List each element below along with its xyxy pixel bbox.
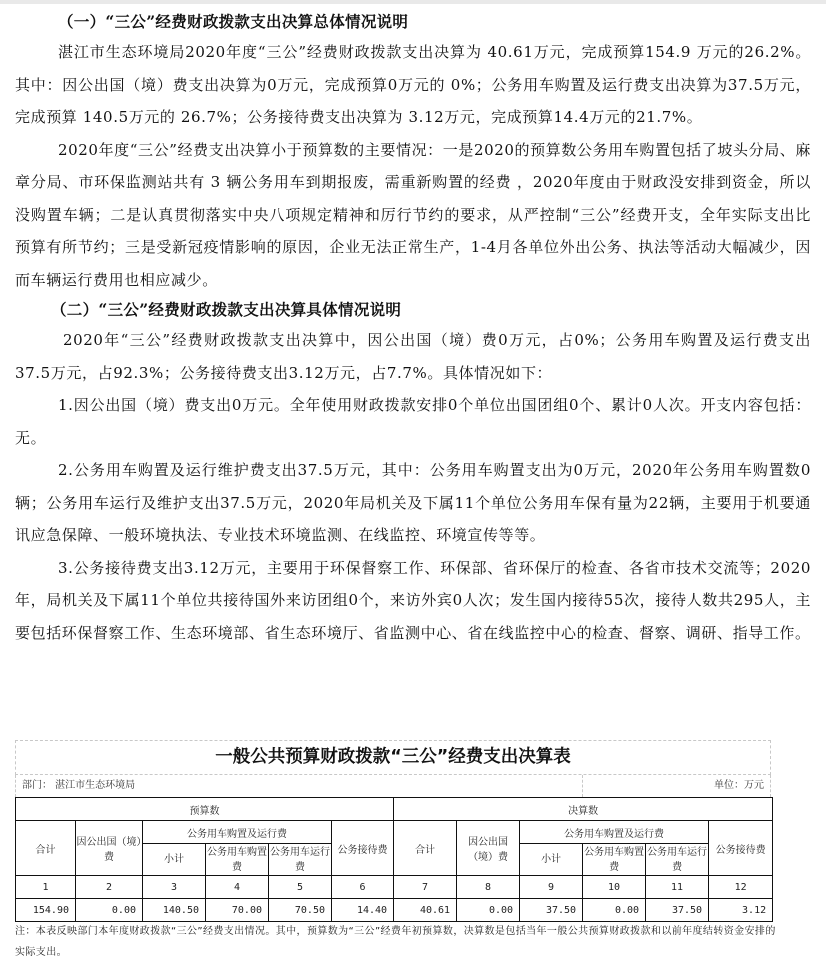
expense-table-block: 一般公共预算财政拨款“三公”经费支出决算表 部门： 湛江市生态环境局 单位：万元…	[15, 740, 771, 922]
group-final: 决算数	[394, 798, 773, 821]
value-budget-car-subtotal: 140.50	[143, 899, 206, 922]
col-number: 6	[332, 876, 394, 899]
col-number: 10	[583, 876, 646, 899]
value-final-total: 40.61	[394, 899, 457, 922]
header-abroad: 因公出国（境）费	[76, 821, 143, 876]
table-subheader: 部门： 湛江市生态环境局 单位：万元	[15, 775, 771, 797]
table-column-number-row: 1 2 3 4 5 6 7 8 9 10 11 12	[16, 876, 773, 899]
col-number: 2	[76, 876, 143, 899]
header-car-group: 公务用车购置及运行费	[520, 821, 709, 844]
col-number: 3	[143, 876, 206, 899]
col-number: 7	[394, 876, 457, 899]
value-final-car-running: 37.50	[646, 899, 709, 922]
header-abroad: 因公出国（境）费	[457, 821, 520, 876]
value-final-car-subtotal: 37.50	[520, 899, 583, 922]
header-total: 合计	[16, 821, 76, 876]
value-final-car-purchase: 0.00	[583, 899, 646, 922]
value-final-reception: 3.12	[709, 899, 773, 922]
header-car-group: 公务用车购置及运行费	[143, 821, 332, 844]
table-group-row: 预算数 决算数	[16, 798, 773, 821]
value-budget-reception: 14.40	[332, 899, 394, 922]
section2-item-2: 2.公务用车购置及运行维护费支出37.5万元，其中：公务用车购置支出为0万元，2…	[15, 454, 811, 552]
col-number: 1	[16, 876, 76, 899]
table-row: 154.90 0.00 140.50 70.00 70.50 14.40 40.…	[16, 899, 773, 922]
expense-table: 预算数 决算数 合计 因公出国（境）费 公务用车购置及运行费 公务接待费 合计 …	[15, 797, 773, 922]
table-header-row: 合计 因公出国（境）费 公务用车购置及运行费 公务接待费 合计 因公出国（境）费…	[16, 821, 773, 844]
table-title: 一般公共预算财政拨款“三公”经费支出决算表	[15, 740, 771, 775]
group-budget: 预算数	[16, 798, 394, 821]
header-reception: 公务接待费	[709, 821, 773, 876]
section2-item-1: 1.因公出国（境）费支出0万元。全年使用财政拨款安排0个单位出国团组0个、累计0…	[15, 389, 811, 454]
header-car-purchase: 公务用车购置费	[206, 844, 269, 876]
divider	[582, 775, 583, 797]
table-note: 注：本表反映部门本年度财政拨款“三公”经费支出情况。其中，预算数为“三公”经费年…	[15, 921, 785, 963]
value-budget-abroad: 0.00	[76, 899, 143, 922]
section1-heading: （一）“三公”经费财政拨款支出决算总体情况说明	[15, 8, 811, 36]
col-number: 5	[269, 876, 332, 899]
value-budget-car-running: 70.50	[269, 899, 332, 922]
value-budget-total: 154.90	[16, 899, 76, 922]
header-reception: 公务接待费	[332, 821, 394, 876]
unit-label: 单位：万元	[714, 775, 764, 797]
col-number: 9	[520, 876, 583, 899]
section2-item-3: 3.公务接待费支出3.12万元，主要用于环保督察工作、环保部、省环保厅的检查、各…	[15, 552, 811, 650]
value-budget-car-purchase: 70.00	[206, 899, 269, 922]
header-subtotal: 小计	[143, 844, 206, 876]
header-car-running: 公务用车运行费	[269, 844, 332, 876]
col-number: 4	[206, 876, 269, 899]
header-subtotal: 小计	[520, 844, 583, 876]
header-total: 合计	[394, 821, 457, 876]
section1-paragraph-2: 2020年度“三公”经费支出决算小于预算数的主要情况：一是2020的预算数公务用…	[15, 134, 811, 297]
col-number: 8	[457, 876, 520, 899]
section1-paragraph-1: 湛江市生态环境局2020年度“三公”经费财政拨款支出决算为 40.61万元，完成…	[15, 36, 811, 134]
header-car-purchase: 公务用车购置费	[583, 844, 646, 876]
col-number: 12	[709, 876, 773, 899]
section2-heading: （二）“三公”经费财政拨款支出决算具体情况说明	[15, 296, 811, 324]
section2-paragraph-1: 2020年“三公”经费财政拨款支出决算中，因公出国（境）费0万元，占0%；公务用…	[15, 324, 811, 389]
department-label: 部门： 湛江市生态环境局	[22, 775, 135, 797]
value-final-abroad: 0.00	[457, 899, 520, 922]
col-number: 11	[646, 876, 709, 899]
header-car-running: 公务用车运行费	[646, 844, 709, 876]
document-body: （一）“三公”经费财政拨款支出决算总体情况说明 湛江市生态环境局2020年度“三…	[15, 8, 811, 649]
top-edge	[0, 0, 826, 4]
